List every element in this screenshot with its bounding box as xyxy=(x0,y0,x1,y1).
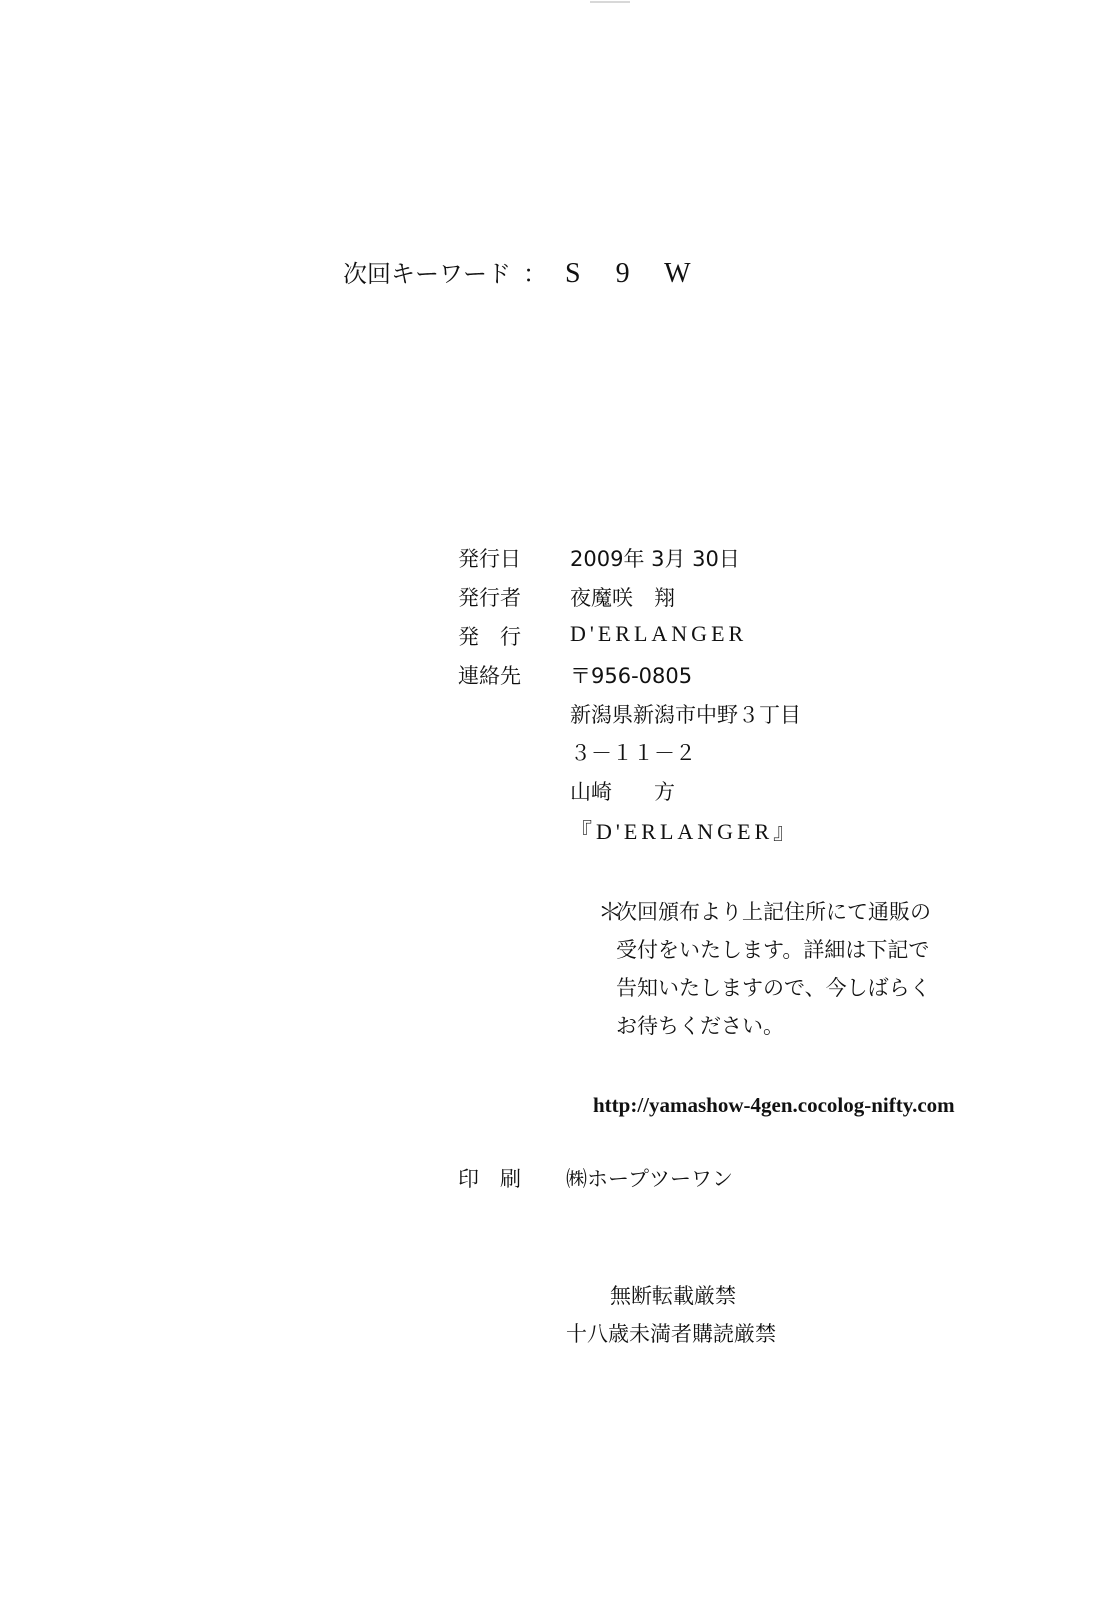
label-printer: 印 刷 xyxy=(458,1163,521,1193)
address-line-3: 山崎 方 xyxy=(570,776,675,806)
value-publisher: 夜魔咲 翔 xyxy=(570,582,675,612)
next-keyword-label: 次回キーワード xyxy=(343,260,511,288)
address-line-4: 『D'ERLANGER』 xyxy=(570,815,799,846)
note-line: お待ちください。 xyxy=(616,1007,931,1045)
notice-age-restriction: 十八歳未満者購読厳禁 xyxy=(566,1318,776,1348)
next-keyword-value: S 9 W xyxy=(565,258,705,289)
note-line: 告知いたしますので、今しばらく xyxy=(616,969,931,1007)
value-issue-date: 2009年 3月 30日 xyxy=(570,543,740,573)
next-keyword: 次回キーワード：S 9 W xyxy=(343,254,705,290)
note-line: 受付をいたします。詳細は下記で xyxy=(616,931,931,969)
value-postal-code: 〒956-0805 xyxy=(570,660,692,690)
next-keyword-separator: ： xyxy=(523,260,547,288)
address-line-2: ３－１１－２ xyxy=(570,737,696,767)
label-publisher: 発行者 xyxy=(458,582,521,612)
address-line-1: 新潟県新潟市中野３丁目 xyxy=(570,699,801,729)
value-printer: ㈱ホープツーワン xyxy=(566,1163,733,1193)
note-line: 次回頒布より上記住所にて通販の xyxy=(616,893,931,931)
value-issuer: D'ERLANGER xyxy=(570,621,747,647)
label-issue-date: 発行日 xyxy=(458,543,521,573)
label-contact: 連絡先 xyxy=(458,660,521,690)
notice-no-reproduction: 無断転載厳禁 xyxy=(610,1280,736,1310)
website-url: http://yamashow-4gen.cocolog-nifty.com xyxy=(593,1093,955,1118)
scan-artifact xyxy=(590,1,630,3)
label-issuer: 発 行 xyxy=(458,621,521,651)
